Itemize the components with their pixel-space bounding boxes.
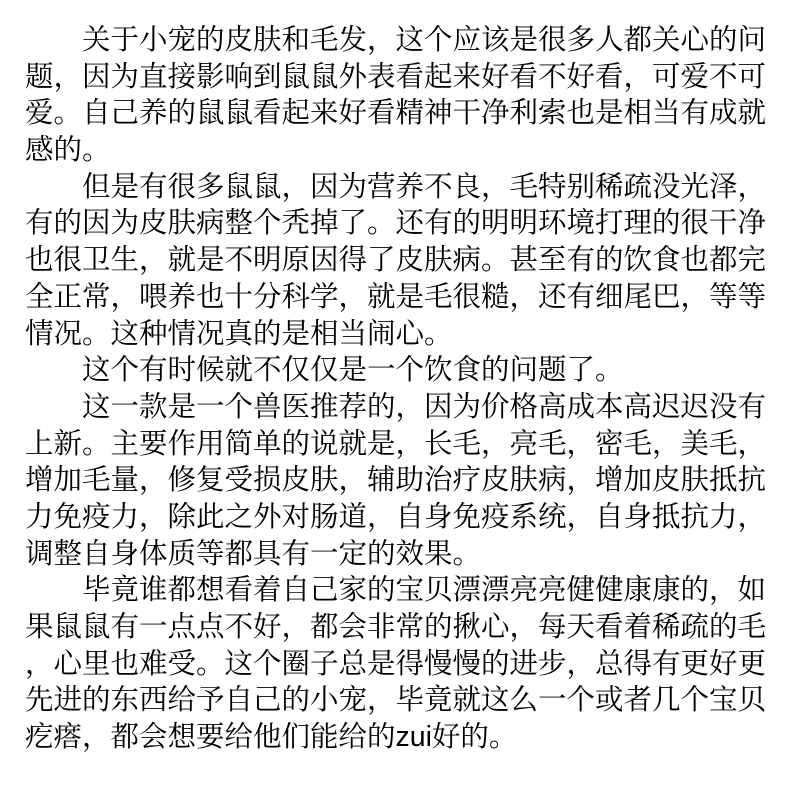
text-line: 全正常，喂养也十分科学，就是毛很糙，还有细尾巴，等等 <box>25 279 790 316</box>
text-line: 增加毛量，修复受损皮肤，辅助治疗皮肤病，增加皮肤抵抗 <box>25 462 790 499</box>
text-line: 爱。自己养的鼠鼠看起来好看精神干净利索也是相当有成就 <box>25 95 790 132</box>
text-line: 但是有很多鼠鼠，因为营养不良，毛特别稀疏没光泽， <box>25 169 790 206</box>
page-background: 关于小宠的皮肤和毛发，这个应该是很多人都关心的问题，因为直接影响到鼠鼠外表看起来… <box>0 0 800 800</box>
text-line: 上新。主要作用简单的说就是，长毛，亮毛，密毛，美毛， <box>25 426 790 463</box>
text-line: 关于小宠的皮肤和毛发，这个应该是很多人都关心的问 <box>25 22 790 59</box>
text-line: 力免疫力，除此之外对肠道，自身免疫系统，自身抵抗力， <box>25 499 790 536</box>
text-line: 疙瘩，都会想要给他们能给的zui好的。 <box>25 719 790 756</box>
text-line: 这个有时候就不仅仅是一个饮食的问题了。 <box>25 352 790 389</box>
text-line: 先进的东西给予自己的小宠，毕竟就这么一个或者几个宝贝 <box>25 682 790 719</box>
text-line: 果鼠鼠有一点点不好，都会非常的揪心，每天看着稀疏的毛 <box>25 609 790 646</box>
text-line: 调整自身体质等都具有一定的效果。 <box>25 536 790 573</box>
text-line: 情况。这种情况真的是相当闹心。 <box>25 316 790 353</box>
text-line: 有的因为皮肤病整个秃掉了。还有的明明环境打理的很干净 <box>25 205 790 242</box>
text-line: 感的。 <box>25 132 790 169</box>
product-description-text: 关于小宠的皮肤和毛发，这个应该是很多人都关心的问题，因为直接影响到鼠鼠外表看起来… <box>25 22 790 756</box>
text-line: 这一款是一个兽医推荐的，因为价格高成本高迟迟没有 <box>25 389 790 426</box>
text-line: ，心里也难受。这个圈子总是得慢慢的进步，总得有更好更 <box>25 646 790 683</box>
text-line: 毕竟谁都想看着自己家的宝贝漂漂亮亮健健康康的，如 <box>25 572 790 609</box>
text-line: 题，因为直接影响到鼠鼠外表看起来好看不好看，可爱不可 <box>25 59 790 96</box>
text-line: 也很卫生，就是不明原因得了皮肤病。甚至有的饮食也都完 <box>25 242 790 279</box>
